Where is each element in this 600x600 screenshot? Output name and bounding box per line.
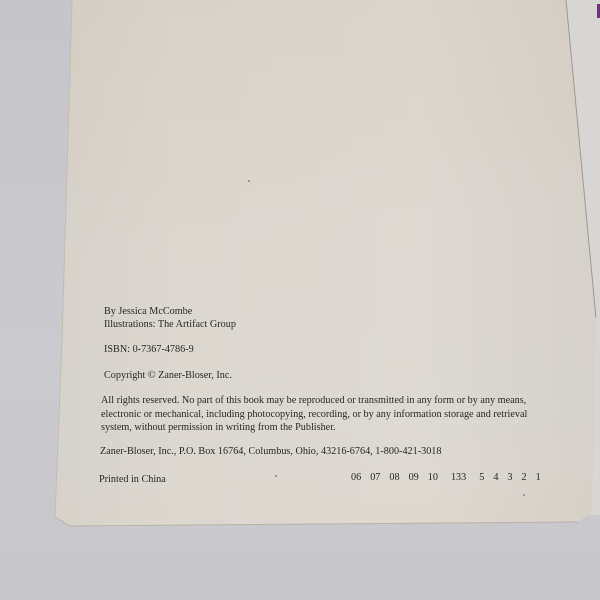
print-year: 09 [409,471,419,484]
credits-block: By Jessica McCombe Illustrations: The Ar… [104,305,236,331]
impression-number: 5 [479,471,484,484]
print-year: 07 [370,471,380,484]
book-page-shading [0,0,600,600]
publisher-address: Zaner-Bloser, Inc., P.O. Box 16764, Colu… [100,445,442,458]
illustration-credit: Illustrations: The Artifact Group [104,318,236,331]
print-year: 08 [389,471,399,484]
rights-line: electronic or mechanical, including phot… [101,408,527,422]
print-year: 10 [428,471,438,484]
isbn: ISBN: 0-7367-4786-9 [104,343,194,356]
copyright-notice: Copyright © Zaner-Bloser, Inc. [104,369,232,382]
rights-line: All rights reserved. No part of this boo… [101,394,527,408]
impression-number: 4 [493,471,498,484]
paper-speck [523,494,525,496]
rights-notice: All rights reserved. No part of this boo… [101,394,527,435]
print-code: 133 [451,471,466,484]
print-year: 06 [351,471,361,484]
rights-line: system, without permission in writing fr… [101,421,527,435]
author-credit: By Jessica McCombe [104,305,236,318]
printer-line: 06 07 08 09 10 133 5 4 3 2 1 [351,471,550,484]
paper-speck [275,475,277,477]
paper-speck [248,180,250,182]
printed-in: Printed in China [99,473,166,486]
impression-number: 1 [536,471,541,484]
impression-number: 2 [522,471,527,484]
impression-number: 3 [507,471,512,484]
